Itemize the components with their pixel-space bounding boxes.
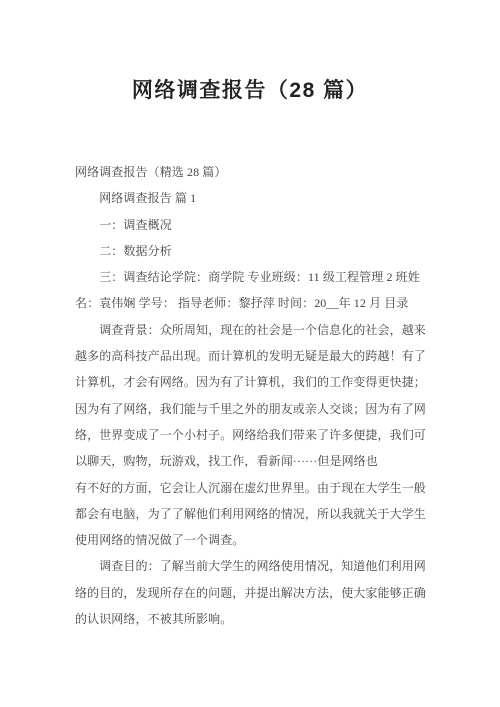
text-line: 调查目的：了解当前大学生的网络使用情况，知道他们利用网 [75,553,435,579]
text-line: 三：调查结论学院：商学院 专业班级：11 级工程管理 2 班姓 [75,264,435,290]
text-line: 有不好的方面，它会让人沉溺在虚幻世界里。由于现在大学生一般 [75,475,435,501]
text-line: 名：袁伟娴 学号： 指导老师：黎抒萍 时间：20__年 12 月 目录 [75,290,435,316]
text-line: 因为有了网络，我们能与千里之外的朋友或亲人交谈；因为有了网 [75,396,435,422]
text-line: 网络调查报告 篇 1 [75,185,435,211]
document-page: 网络调查报告（28 篇） 网络调查报告（精选 28 篇） 网络调查报告 篇 1 … [0,0,500,707]
text-line: 使用网络的情况做了一个调查。 [75,527,435,553]
text-line: 络，世界变成了一个小村子。网络给我们带来了许多便捷，我们可 [75,422,435,448]
text-line: 调查背景：众所周知，现在的社会是一个信息化的社会，越来 [75,317,435,343]
text-line: 二：数据分析 [75,238,435,264]
document-body: 网络调查报告（精选 28 篇） 网络调查报告 篇 1 一：调查概况 二：数据分析… [75,159,435,632]
text-line: 络的目的，发现所存在的问题，并提出解决方法，使大家能够正确 [75,580,435,606]
text-line: 以聊天，购物，玩游戏，找工作，看新闻······但是网络也 [75,448,435,474]
text-line: 网络调查报告（精选 28 篇） [75,159,435,185]
text-line: 都会有电脑，为了了解他们利用网络的情况，所以我就关于大学生 [75,501,435,527]
document-title: 网络调查报告（28 篇） [0,78,500,104]
text-line: 计算机，才会有网络。因为有了计算机，我们的工作变得更快捷； [75,369,435,395]
text-line: 的认识网络，不被其所影响。 [75,606,435,632]
text-line: 一：调查概况 [75,212,435,238]
text-line: 越多的高科技产品出现。而计算机的发明无疑是最大的跨越！有了 [75,343,435,369]
